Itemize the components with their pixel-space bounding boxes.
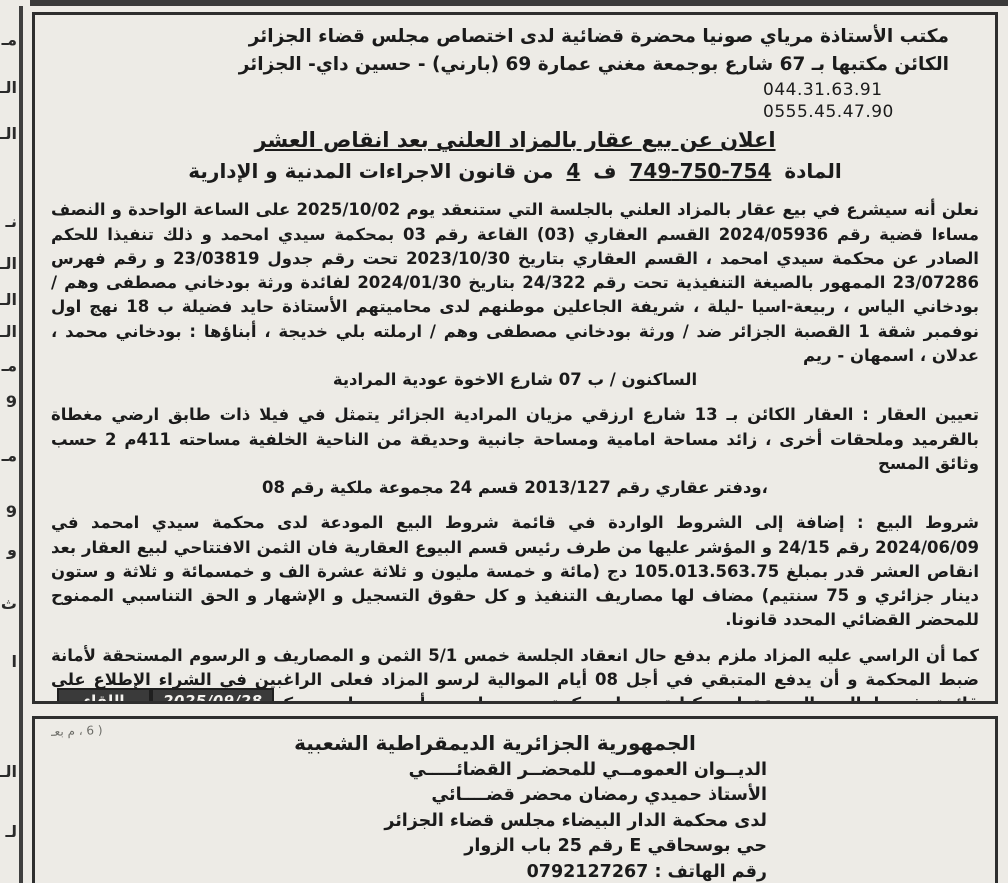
subtitle-law-reference: من قانون الاجراءات المدنية و الإدارية <box>188 159 553 183</box>
clipped-text-fragment: ث <box>1 594 17 613</box>
clipped-text-fragment: الـ <box>0 290 17 309</box>
clipped-text-fragment: ا <box>12 652 17 671</box>
clipped-text-fragment: لـ <box>6 822 17 841</box>
paragraph-session-details: نعلن أنه سيشرع في بيع عقار بالمزاد العلن… <box>51 198 979 368</box>
bailiff-name-line: الأستاذ حميدي رمضان محضر قضــــائي <box>51 783 767 808</box>
notice-subtitle: المادة 754-750-749 ف 4 من قانون الاجراءا… <box>51 159 979 183</box>
phone-number-1: 044.31.63.91 <box>763 79 979 102</box>
office-header-line1: مكتب الأستاذة مرياي صونيا محضرة قضائية ل… <box>51 23 949 51</box>
handwritten-annotation: ( 6 ، م بعـ <box>51 723 103 739</box>
paragraph-sale-terms: شروط البيع : إضافة إلى الشروط الواردة في… <box>51 511 979 632</box>
clipped-text-fragment: مـ <box>2 30 17 49</box>
clipped-text-fragment: الـ <box>0 322 17 341</box>
office-header-line2: الكائن مكتبها بـ 67 شارع بوجمعة مغني عما… <box>51 51 949 79</box>
clipped-text-fragment: مـ <box>2 446 17 465</box>
clipped-text-fragment: الـ <box>0 254 17 273</box>
clipped-text-fragment: الـ <box>0 78 17 97</box>
phone-number-2: 0555.45.47.90 <box>763 101 979 124</box>
bailiff-court-line: لدى محكمة الدار البيضاء مجلس قضاء الجزائ… <box>51 809 767 834</box>
clipped-text-fragment: 9 <box>6 392 17 411</box>
republic-title: الجمهورية الجزائرية الديمقراطية الشعبية <box>51 731 939 755</box>
bailiff-identity-block: الديــوان العمومــي للمحضــر القضائـــــ… <box>51 758 979 883</box>
office-phone-numbers: 044.31.63.91 0555.45.47.90 <box>51 79 979 125</box>
subtitle-article-numbers: 754-750-749 <box>630 159 772 183</box>
top-rule <box>30 0 1008 6</box>
paragraph-session-lastline: الساكنون / ب 07 شارع الاخوة عودية المراد… <box>51 368 979 392</box>
bailiff-address-line: حي بوسحاقي E رقم 25 باب الزوار <box>51 834 767 859</box>
bailiff-office-header: مكتب الأستاذة مرياي صونيا محضرة قضائية ل… <box>51 23 979 79</box>
auction-notice-box: مكتب الأستاذة مرياي صونيا محضرة قضائية ل… <box>32 12 998 704</box>
paragraph-property-description: تعيين العقار : العقار الكائن بـ 13 شارع … <box>51 403 979 476</box>
adjacent-column-sliver: مـ الـ الـ نـ الـ الـ الـ مـ 9 مـ 9 و ث … <box>0 6 23 883</box>
clipped-text-fragment: و <box>7 540 17 559</box>
clipped-text-fragment: 9 <box>6 502 17 521</box>
paragraph-property-lastline: ،ودفتر عقاري رقم 2013/127 قسم 24 مجموعة … <box>51 476 979 500</box>
subtitle-word-paragraph: ف <box>593 159 616 183</box>
bailiff-notice-box: ( 6 ، م بعـ الجمهورية الجزائرية الديمقرا… <box>32 716 998 883</box>
bailiff-office-line: الديــوان العمومــي للمحضــر القضائـــــ… <box>51 758 767 783</box>
subtitle-word-article: المادة <box>784 159 841 183</box>
clipped-text-fragment: مـ <box>2 356 17 375</box>
clipped-text-fragment: الـ <box>0 124 17 143</box>
notice-title: اعلان عن بيع عقار بالمزاد العلني بعد انق… <box>51 128 979 152</box>
bailiff-phone-line: رقم الهاتف : 0792127267 <box>51 860 767 883</box>
clipped-text-fragment: نـ <box>6 212 17 231</box>
subtitle-paragraph-number: 4 <box>566 159 580 183</box>
clipped-text-fragment: الـ <box>0 762 17 781</box>
